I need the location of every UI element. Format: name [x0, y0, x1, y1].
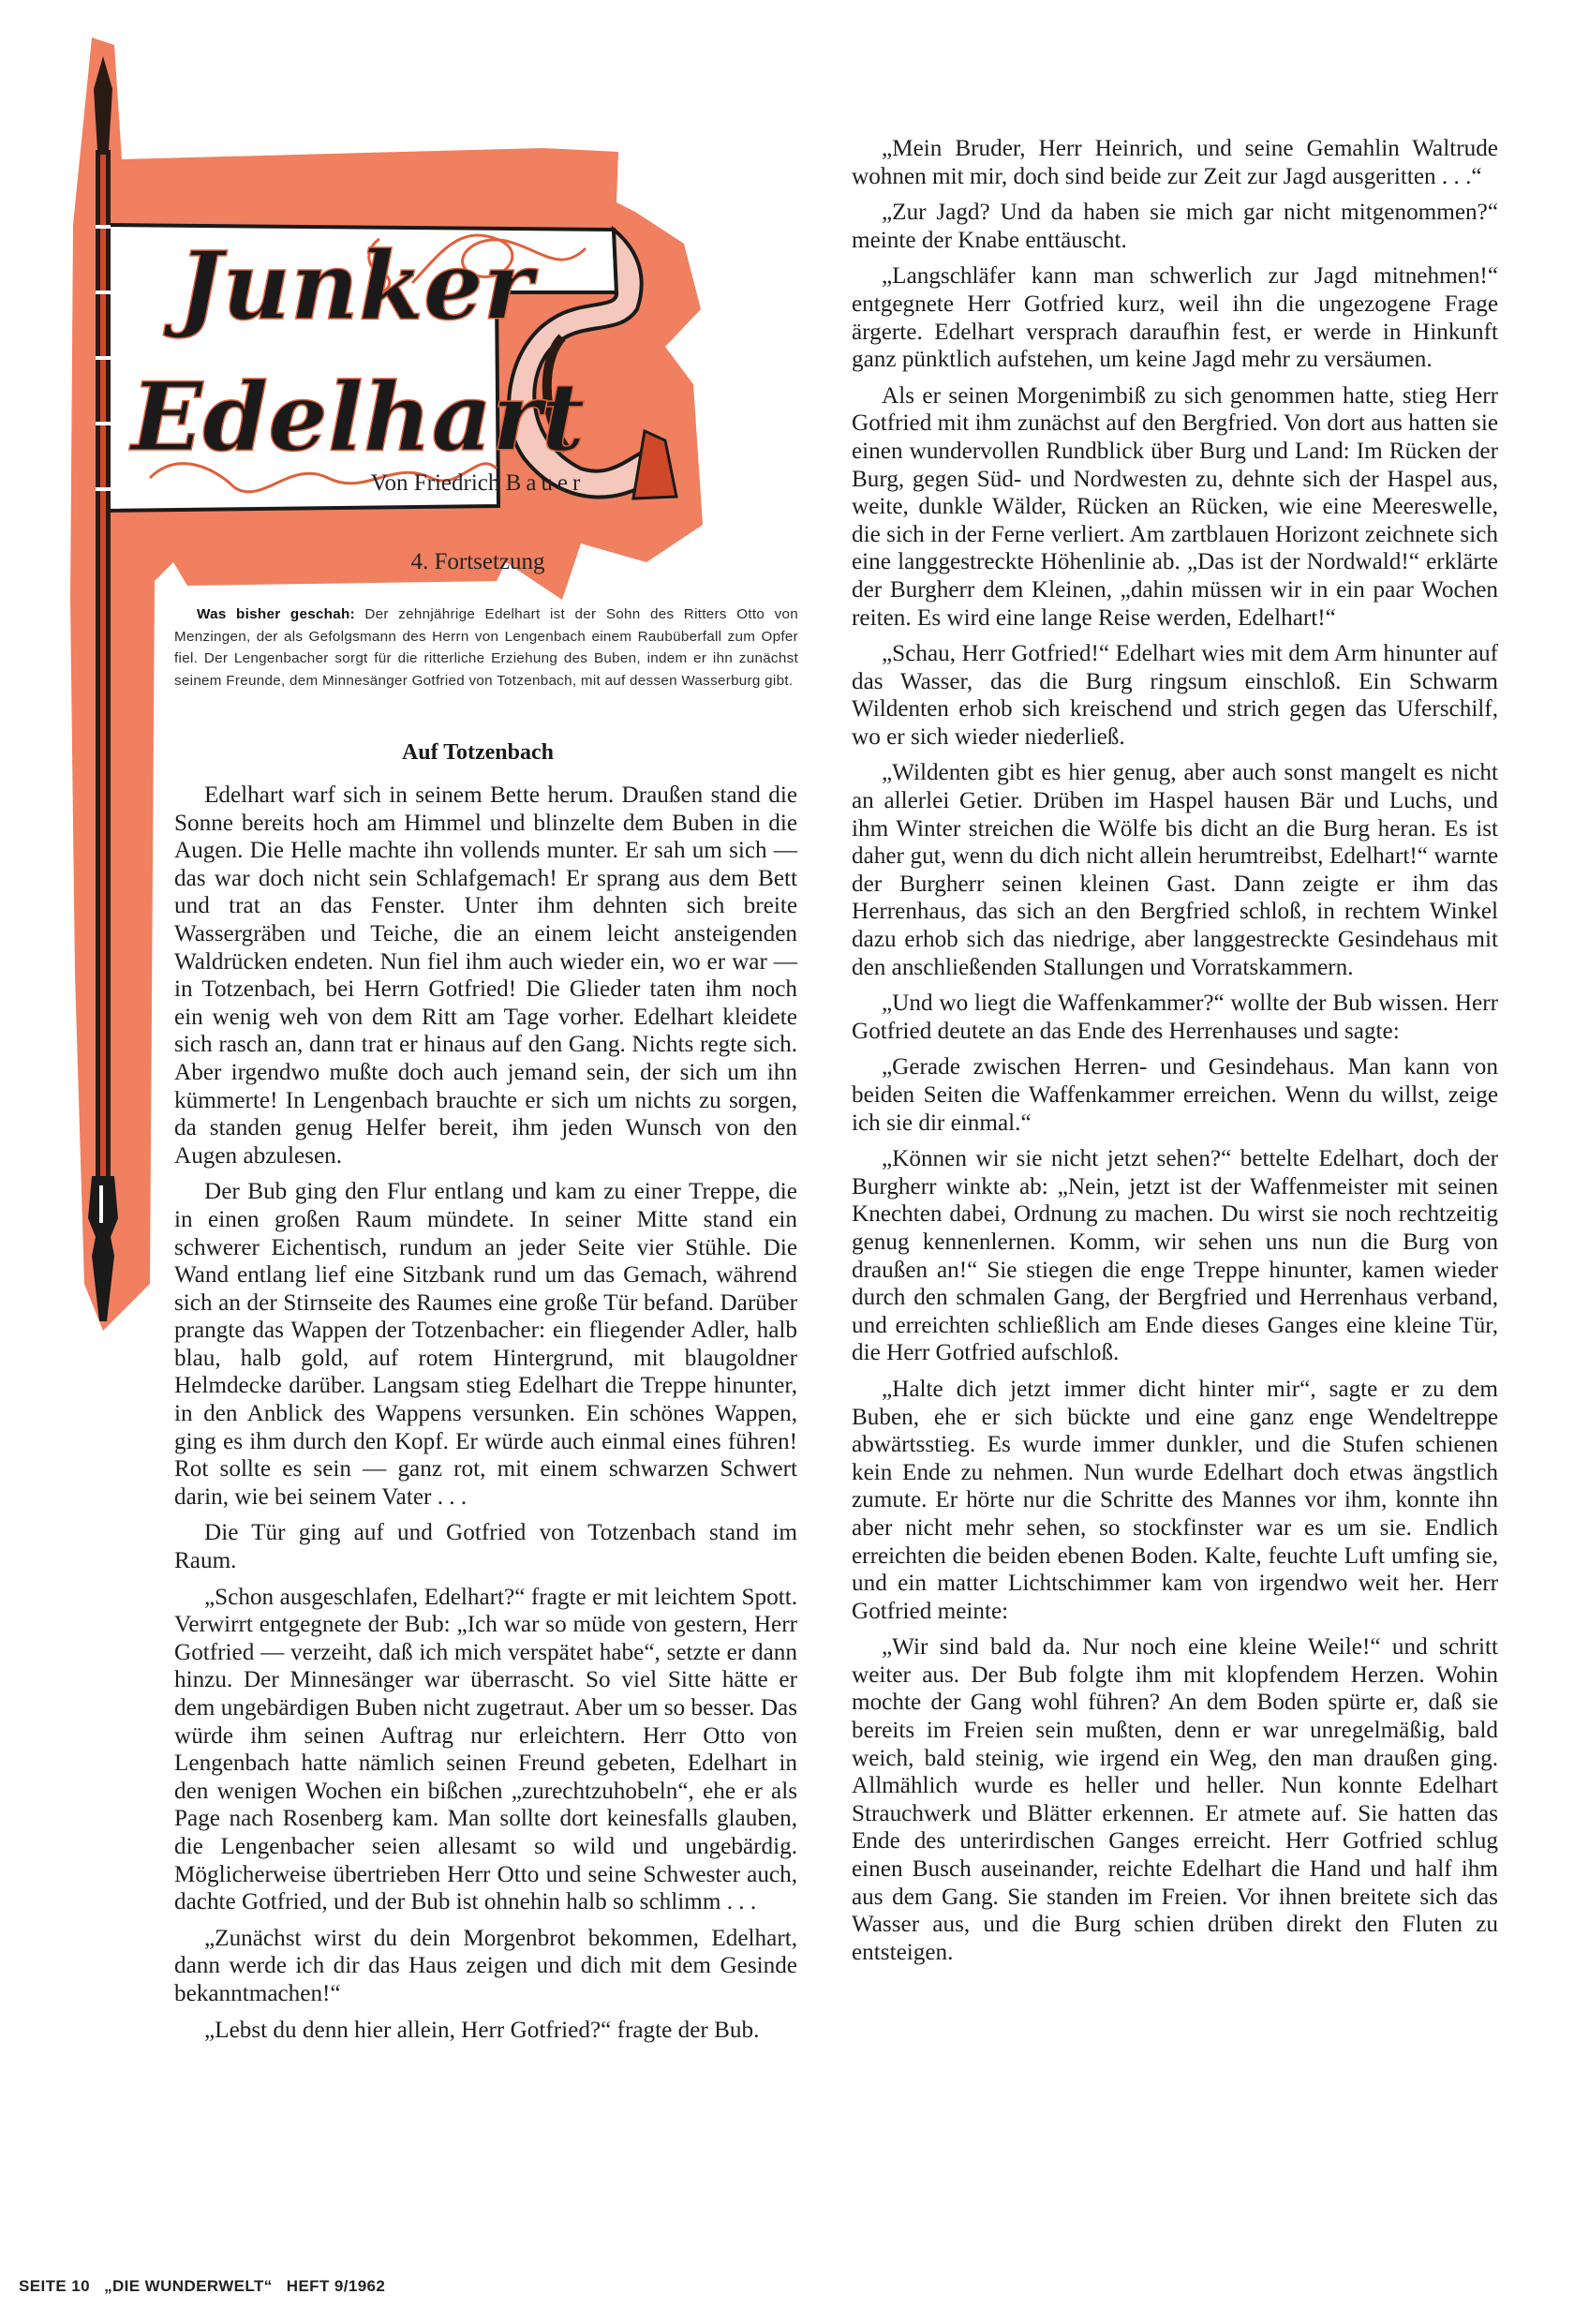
footer-issue: HEFT 9/1962 [287, 2277, 386, 2295]
title-edelhart: Edelhart [128, 362, 585, 472]
story-summary: Was bisher geschah: Der zehnjährige Edel… [174, 603, 798, 692]
right-column: „Mein Bruder, Herr Heinrich, und seine G… [852, 135, 1498, 1974]
paragraph: Edelhart warf sich in seinem Bette herum… [174, 782, 797, 1169]
paragraph: „Zunächst wirst du dein Morgenbrot bekom… [174, 1925, 797, 2008]
paragraph: „Schon ausgeschlafen, Edelhart?“ fragte … [174, 1584, 797, 1916]
footer-page-number: SEITE 10 [19, 2277, 90, 2295]
paragraph: „Langschläfer kann man schwerlich zur Ja… [852, 262, 1498, 373]
paragraph: „Und wo liegt die Waffenkammer?“ wollte … [852, 990, 1498, 1045]
paragraph: „Halte dich jetzt immer dicht hinter mir… [852, 1376, 1498, 1625]
byline-prefix: Von Friedrich [371, 470, 500, 496]
paragraph: Die Tür ging auf und Gotfried von Totzen… [174, 1519, 797, 1574]
summary-label: Was bisher geschah: [197, 606, 355, 622]
section-title: Auf Totzenbach [141, 740, 815, 766]
paragraph: „Wir sind bald da. Nur noch eine kleine … [852, 1633, 1498, 1966]
paragraph: „Wildenten gibt es hier genug, aber auch… [852, 759, 1498, 981]
paragraph: „Können wir sie nicht jetzt sehen?“ bett… [852, 1145, 1498, 1367]
paragraph: „Gerade zwischen Herren- und Gesindehaus… [852, 1053, 1498, 1137]
byline-surname: Bauer [506, 470, 586, 496]
footer-magazine-name: „DIE WUNDERWELT“ [104, 2277, 273, 2295]
author-byline: Von Friedrich Bauer [141, 470, 815, 497]
paragraph: „Zur Jagd? Und da haben sie mich gar nic… [852, 199, 1498, 254]
installment-label: 4. Fortsetzung [141, 549, 815, 575]
paragraph: Der Bub ging den Flur entlang und kam zu… [174, 1178, 797, 1511]
paragraph: „Mein Bruder, Herr Heinrich, und seine G… [852, 135, 1498, 190]
paragraph: Als er seinen Morgenimbiß zu sich genomm… [852, 382, 1498, 632]
page-footer: SEITE 10 „DIE WUNDERWELT“ HEFT 9/1962 [19, 2277, 394, 2296]
paragraph: „Schau, Herr Gotfried!“ Edelhart wies mi… [852, 640, 1498, 751]
left-column: Edelhart warf sich in seinem Bette herum… [174, 782, 797, 2052]
title-junker: Junker [163, 231, 539, 341]
paragraph: „Lebst du denn hier allein, Herr Gotfrie… [174, 2017, 797, 2045]
